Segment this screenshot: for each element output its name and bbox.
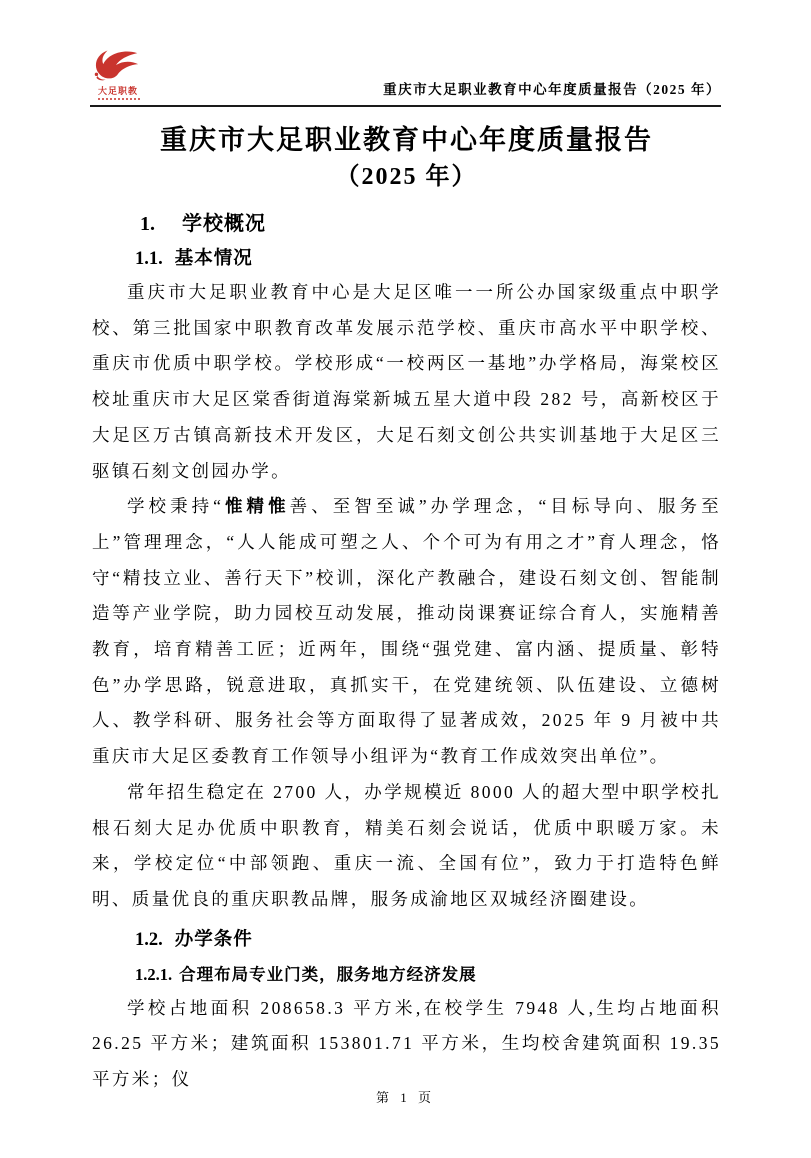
document-title: 重庆市大足职业教育中心年度质量报告 (92, 122, 721, 159)
section-label: 合理布局专业门类，服务地方经济发展 (179, 965, 477, 984)
page-header: 大足职教 重庆市大足职业教育中心年度质量报告（2025 年） (90, 48, 721, 107)
paragraph-basic-overview: 重庆市大足职业教育中心是大足区唯一一所公办国家级重点中职学校、第三批国家中职教育… (92, 275, 721, 489)
section-number: 1.2.1. (135, 965, 172, 984)
school-logo: 大足职教 (90, 48, 142, 100)
document-body: 1.学校概况 1.1.基本情况 重庆市大足职业教育中心是大足区唯一一所公办国家级… (92, 209, 721, 1098)
page-number: 第 1 页 (376, 1090, 435, 1105)
section-number: 1.2. (135, 930, 163, 950)
running-header-title: 重庆市大足职业教育中心年度质量报告（2025 年） (383, 78, 721, 100)
section-label: 学校概况 (182, 213, 266, 235)
document-page: 大足职教 重庆市大足职业教育中心年度质量报告（2025 年） 重庆市大足职业教育… (0, 0, 811, 1158)
section-label: 基本情况 (175, 249, 253, 269)
page-footer: 第 1 页 (0, 1087, 811, 1106)
section-heading-1-1: 1.1.基本情况 (92, 243, 721, 275)
document-subtitle: （2025 年） (92, 159, 721, 196)
paragraph-philosophy: 学校秉持“惟精惟善、至智至诚”办学理念，“目标导向、服务至上”管理理念，“人人能… (92, 489, 721, 775)
logo-subtext-line (98, 98, 140, 100)
section-heading-1-2-1: 1.2.1.合理布局专业门类，服务地方经济发展 (92, 959, 721, 991)
paragraph-campus-area: 学校占地面积 208658.3 平方米,在校学生 7948 人,生均占地面积 2… (92, 991, 721, 1098)
logo-text: 大足职教 (98, 87, 138, 96)
section-heading-1: 1.学校概况 (92, 209, 721, 239)
section-label: 办学条件 (175, 930, 253, 950)
section-heading-1-2: 1.2.办学条件 (92, 924, 721, 956)
paragraph-enrollment: 常年招生稳定在 2700 人，办学规模近 8000 人的超大型中职学校扎根石刻大… (92, 775, 721, 918)
phoenix-logo-icon (90, 48, 142, 86)
section-number: 1.1. (135, 249, 163, 269)
section-number: 1. (140, 209, 182, 239)
